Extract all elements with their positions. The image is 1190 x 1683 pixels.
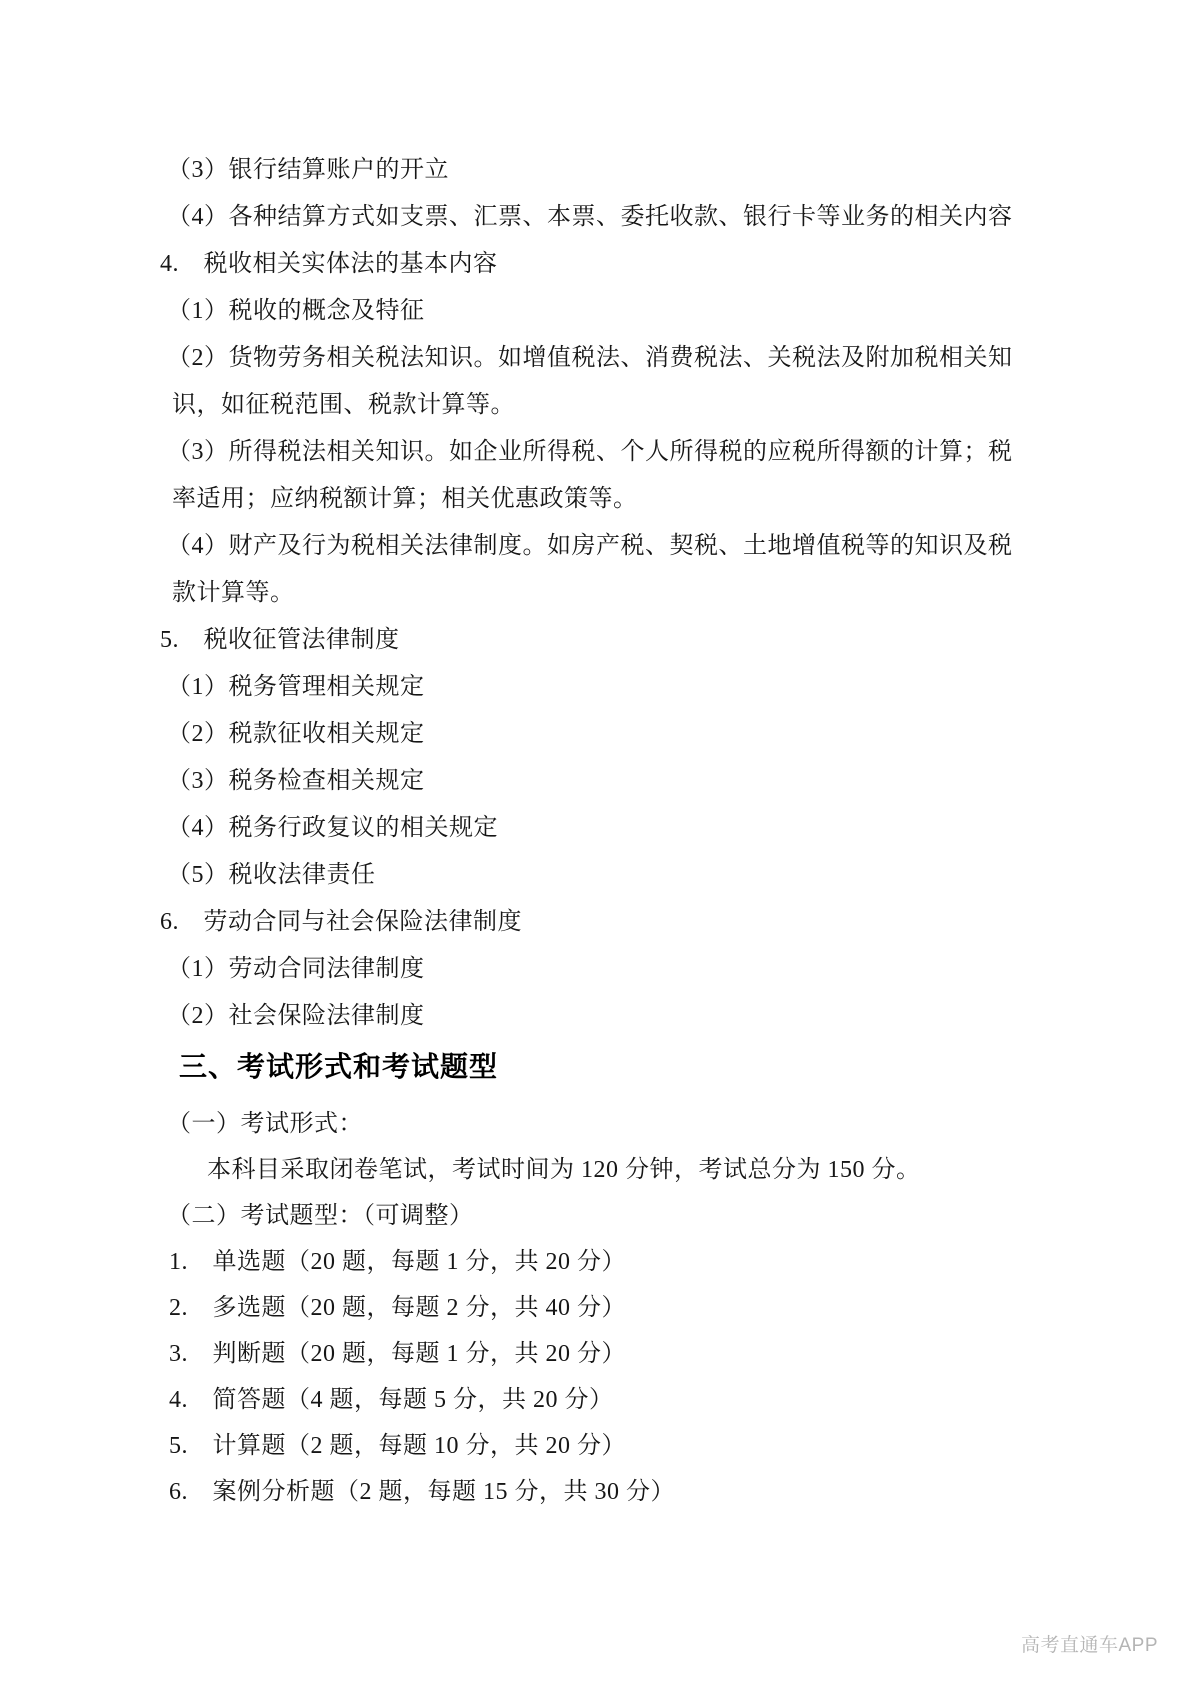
text-line: （1）劳动合同法律制度: [159, 946, 1059, 993]
syllabus-outline-section: （3）银行结算账户的开立（4）各种结算方式如支票、汇票、本票、委托收款、银行卡等…: [159, 147, 1059, 1040]
text-line: 本科目采取闭卷笔试，考试时间为 120 分钟，考试总分为 150 分。: [159, 1147, 1059, 1193]
text-line: （2）社会保险法律制度: [159, 993, 1059, 1040]
text-line: （二）考试题型：（可调整）: [159, 1193, 1059, 1239]
text-line: （4）各种结算方式如支票、汇票、本票、委托收款、银行卡等业务的相关内容: [159, 194, 1059, 241]
text-line: 6. 劳动合同与社会保险法律制度: [159, 899, 1059, 946]
watermark: 高考直通车APP: [1021, 1630, 1158, 1657]
text-line: （5）税收法律责任: [159, 852, 1059, 899]
text-line: 4. 税收相关实体法的基本内容: [159, 241, 1059, 288]
text-line: 识，如征税范围、税款计算等。: [159, 382, 1059, 429]
text-line: （2）税款征收相关规定: [159, 711, 1059, 758]
text-line: 5. 税收征管法律制度: [159, 617, 1059, 664]
text-line: （4）税务行政复议的相关规定: [159, 805, 1059, 852]
text-line: 率适用；应纳税额计算；相关优惠政策等。: [159, 476, 1059, 523]
section-heading: 三、考试形式和考试题型: [159, 1040, 1059, 1094]
text-line: （3）银行结算账户的开立: [159, 147, 1059, 194]
text-line: （2）货物劳务相关税法知识。如增值税法、消费税法、关税法及附加税相关知: [159, 335, 1059, 382]
text-line: 1. 单选题（20 题，每题 1 分，共 20 分）: [159, 1239, 1059, 1285]
text-line: 款计算等。: [159, 570, 1059, 617]
text-line: （一）考试形式：: [159, 1101, 1059, 1147]
document-body: （3）银行结算账户的开立（4）各种结算方式如支票、汇票、本票、委托收款、银行卡等…: [159, 147, 1059, 1515]
text-line: （3）所得税法相关知识。如企业所得税、个人所得税的应税所得额的计算；税: [159, 429, 1059, 476]
text-line: 2. 多选题（20 题，每题 2 分，共 40 分）: [159, 1285, 1059, 1331]
exam-format-section: （一）考试形式：本科目采取闭卷笔试，考试时间为 120 分钟，考试总分为 150…: [159, 1101, 1059, 1515]
text-line: 3. 判断题（20 题，每题 1 分，共 20 分）: [159, 1331, 1059, 1377]
text-line: （4）财产及行为税相关法律制度。如房产税、契税、土地增值税等的知识及税: [159, 523, 1059, 570]
text-line: 6. 案例分析题（2 题，每题 15 分，共 30 分）: [159, 1469, 1059, 1515]
text-line: 5. 计算题（2 题，每题 10 分，共 20 分）: [159, 1423, 1059, 1469]
text-line: （1）税收的概念及特征: [159, 288, 1059, 335]
text-line: （1）税务管理相关规定: [159, 664, 1059, 711]
text-line: （3）税务检查相关规定: [159, 758, 1059, 805]
document-page: （3）银行结算账户的开立（4）各种结算方式如支票、汇票、本票、委托收款、银行卡等…: [0, 0, 1190, 1683]
text-line: 4. 简答题（4 题，每题 5 分，共 20 分）: [159, 1377, 1059, 1423]
